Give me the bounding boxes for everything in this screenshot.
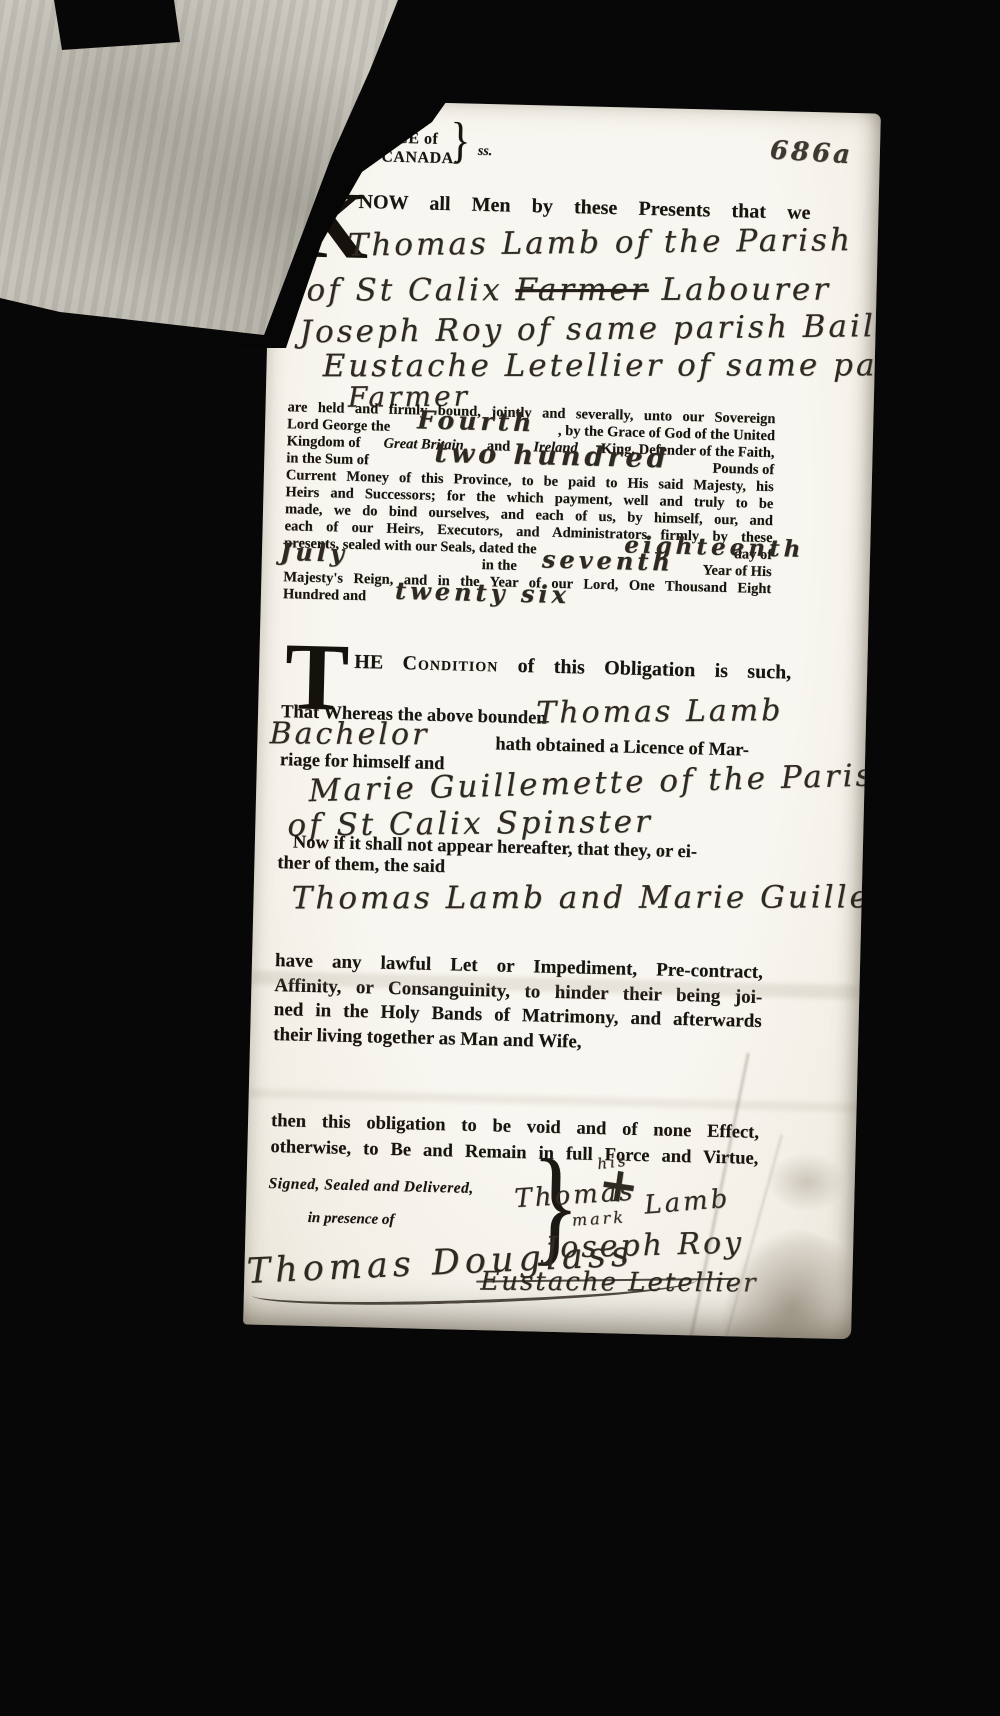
condition-smallcaps: Condition bbox=[402, 652, 498, 676]
couple-names-script: Thomas Lamb and Marie Guillemette bbox=[292, 879, 881, 916]
bond-text: Year of His bbox=[702, 562, 771, 581]
struck-occupation: Farmer bbox=[515, 272, 648, 308]
stain-smudge bbox=[766, 1151, 847, 1213]
film-frame-number: 686a bbox=[769, 135, 854, 170]
month-script: July bbox=[280, 543, 348, 562]
attestation-line1: Signed, Sealed and Delivered, bbox=[268, 1175, 474, 1198]
now-line2: ther of them, the said bbox=[277, 853, 445, 878]
impediment-paragraph: have any lawful Let or Impediment, Pre-c… bbox=[273, 949, 763, 1059]
bond-text: in the bbox=[482, 557, 517, 575]
party-surety1-line: Joseph Roy of same parish Bailiff bbox=[299, 308, 881, 350]
header-brace: } bbox=[449, 112, 471, 170]
groom-signature-last: Lamb bbox=[643, 1184, 731, 1221]
party-parish-line: of St Calix Farmer Labourer bbox=[306, 272, 831, 309]
bond-text: Hundred and bbox=[283, 586, 367, 604]
surety1-signature: Joseph Roy bbox=[545, 1225, 745, 1266]
microfilm-page: { "palette":{"background":"#070707","pap… bbox=[0, 0, 1000, 1716]
opening-line: NOW all Men by these Presents that we bbox=[358, 191, 810, 225]
groom-name-script: Thomas Lamb bbox=[536, 693, 783, 731]
surety2-signature: Eustache Letellier bbox=[480, 1267, 757, 1299]
bond-text: Pounds of bbox=[712, 461, 774, 480]
groom-mark-word: mark bbox=[571, 1207, 626, 1229]
groom-status-script: Bachelor bbox=[269, 716, 429, 752]
occupation-text: Labourer bbox=[662, 272, 832, 308]
marriage-bond-document: PROVINCE of LOWER-CANADA. } ss. 686a K N… bbox=[243, 99, 881, 1339]
year-script: twenty six bbox=[395, 582, 570, 603]
party-groom-line: Thomas Lamb of the Parish bbox=[347, 222, 853, 263]
regnal-name-script: Fourth bbox=[417, 411, 536, 431]
scan-streak bbox=[249, 1088, 857, 1112]
licence-line1: hath obtained a Licence of Mar- bbox=[495, 734, 749, 761]
closing-paragraph: then this obligation to be void and of n… bbox=[270, 1109, 759, 1172]
regnal-year-script: seventh bbox=[542, 550, 674, 570]
condition-opening-line: HE Condition of this Obligation is such, bbox=[354, 651, 791, 685]
sum-script: two hundred bbox=[434, 445, 670, 468]
bond-paragraph: are held and firmly bound, jointly and s… bbox=[283, 399, 776, 615]
parish-text: of St Calix bbox=[306, 272, 502, 308]
ss-abbrev: ss. bbox=[478, 144, 493, 160]
bond-text: Kingdom of bbox=[286, 433, 360, 452]
condition-text: HE bbox=[354, 651, 383, 674]
bond-text: in the Sum of bbox=[286, 450, 369, 469]
party-surety2-line: Eustache Letellier of same parish bbox=[323, 347, 881, 384]
attestation-line2: in presence of bbox=[308, 1210, 395, 1229]
condition-text: of this Obligation is such, bbox=[517, 655, 791, 684]
